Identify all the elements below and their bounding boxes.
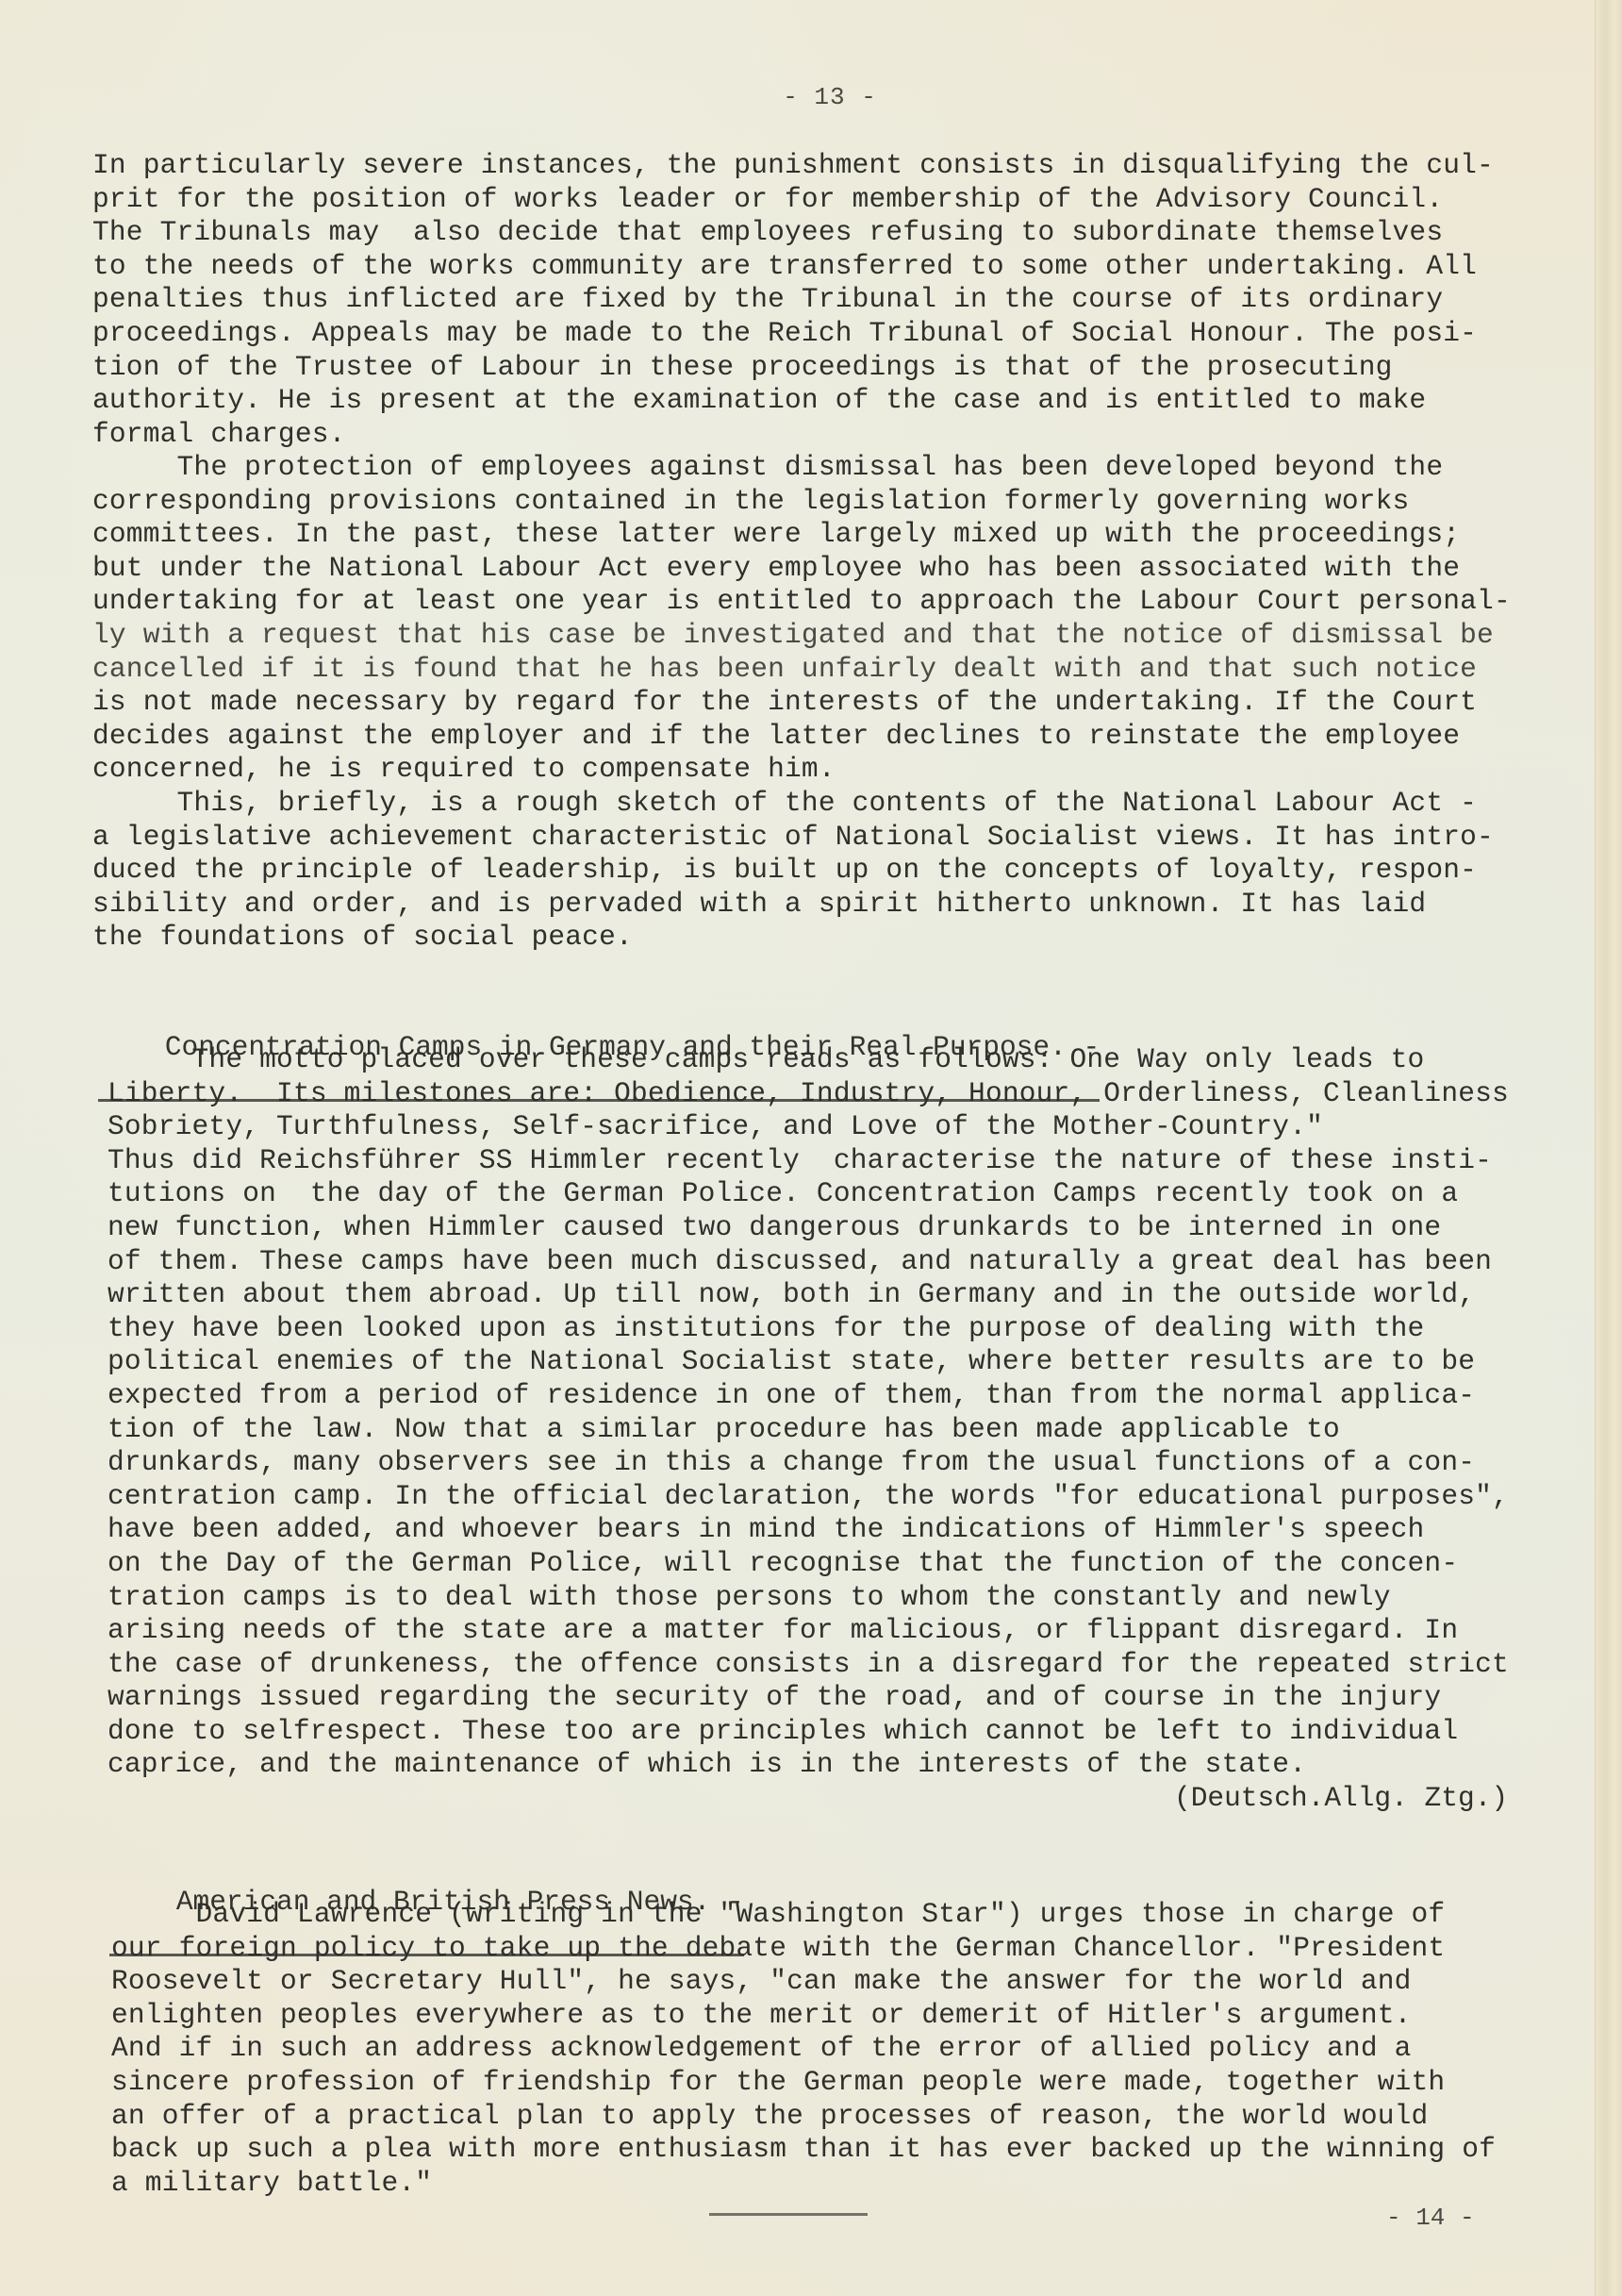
text-line: undertaking for at least one year is ent… bbox=[92, 585, 1601, 619]
text-line: an offer of a practical plan to apply th… bbox=[111, 2100, 1620, 2134]
text-line: on the Day of the German Police, will re… bbox=[108, 1547, 1616, 1581]
text-line: to the needs of the works community are … bbox=[92, 250, 1601, 284]
text-line: And if in such an address acknowledgemen… bbox=[111, 2032, 1620, 2066]
text-line: new function, when Himmler caused two da… bbox=[108, 1211, 1616, 1245]
text-line: arising needs of the state are a matter … bbox=[108, 1614, 1616, 1648]
text-line: is not made necessary by regard for the … bbox=[92, 686, 1601, 720]
text-line: they have been looked upon as institutio… bbox=[108, 1312, 1616, 1346]
text-line: Thus did Reichsführer SS Himmler recentl… bbox=[108, 1144, 1616, 1178]
text-line: The motto placed over these camps reads … bbox=[108, 1043, 1616, 1077]
text-line: sincere profession of friendship for the… bbox=[111, 2066, 1620, 2100]
text-line: committees. In the past, these latter we… bbox=[92, 518, 1601, 552]
text-line: concerned, he is required to compensate … bbox=[92, 753, 1601, 787]
text-line: political enemies of the National Social… bbox=[108, 1345, 1616, 1379]
text-line: our foreign policy to take up the debate… bbox=[111, 1932, 1620, 1966]
text-line: sibility and order, and is pervaded with… bbox=[92, 888, 1601, 922]
text-line: done to selfrespect. These too are princ… bbox=[108, 1715, 1616, 1749]
text-line: Sobriety, Turthfulness, Self-sacrifice, … bbox=[108, 1110, 1616, 1144]
text-line: the foundations of social peace. bbox=[92, 921, 1601, 955]
source-attribution: (Deutsch.Allg. Ztg.) bbox=[1174, 1781, 1508, 1815]
text-line: a legislative achievement characteristic… bbox=[92, 821, 1601, 855]
text-line: expected from a period of residence in o… bbox=[108, 1379, 1616, 1413]
text-line: prit for the position of works leader or… bbox=[92, 183, 1601, 217]
text-line: caprice, and the maintenance of which is… bbox=[108, 1748, 1616, 1782]
text-line: a military battle." bbox=[111, 2167, 1620, 2201]
press-paragraph: David Lawrence (writing in the "Washingt… bbox=[111, 1898, 1620, 2200]
text-line: decides against the employer and if the … bbox=[92, 720, 1601, 754]
camps-paragraph: The motto placed over these camps reads … bbox=[108, 1043, 1616, 1782]
page-number-bottom: - 14 - bbox=[1386, 2204, 1475, 2232]
text-line: ly with a request that his case be inves… bbox=[92, 619, 1601, 653]
page-number-top: - 13 - bbox=[0, 83, 1622, 111]
text-line: enlighten peoples everywhere as to the m… bbox=[111, 1999, 1620, 2033]
text-line: but under the National Labour Act every … bbox=[92, 552, 1601, 586]
text-line: duced the principle of leadership, is bu… bbox=[92, 854, 1601, 888]
text-line: authority. He is present at the examinat… bbox=[92, 384, 1601, 418]
text-line: In particularly severe instances, the pu… bbox=[92, 149, 1601, 183]
labour-paragraph-1: In particularly severe instances, the pu… bbox=[92, 149, 1601, 451]
text-line: formal charges. bbox=[92, 418, 1601, 452]
end-divider bbox=[709, 2213, 868, 2216]
text-line: centration camp. In the official declara… bbox=[108, 1480, 1616, 1514]
text-line: The protection of employees against dism… bbox=[92, 451, 1601, 485]
text-line: tion of the law. Now that a similar proc… bbox=[108, 1413, 1616, 1447]
text-line: David Lawrence (writing in the "Washingt… bbox=[111, 1898, 1620, 1932]
labour-paragraph-2: The protection of employees against dism… bbox=[92, 451, 1601, 787]
text-line: Roosevelt or Secretary Hull", he says, "… bbox=[111, 1965, 1620, 1999]
document-page: - 13 - In particularly severe instances,… bbox=[0, 0, 1622, 2296]
text-line: written about them abroad. Up till now, … bbox=[108, 1278, 1616, 1312]
labour-paragraph-3: This, briefly, is a rough sketch of the … bbox=[92, 787, 1601, 955]
text-line: tration camps is to deal with those pers… bbox=[108, 1581, 1616, 1615]
text-line: cancelled if it is found that he has bee… bbox=[92, 653, 1601, 687]
text-line: proceedings. Appeals may be made to the … bbox=[92, 317, 1601, 351]
text-line: Liberty. Its milestones are: Obedience, … bbox=[108, 1077, 1616, 1111]
text-line: back up such a plea with more enthusiasm… bbox=[111, 2133, 1620, 2167]
text-line: The Tribunals may also decide that emplo… bbox=[92, 216, 1601, 250]
text-line: the case of drunkeness, the offence cons… bbox=[108, 1648, 1616, 1682]
text-line: tutions on the day of the German Police.… bbox=[108, 1177, 1616, 1211]
text-line: drunkards, many observers see in this a … bbox=[108, 1446, 1616, 1480]
text-line: penalties thus inflicted are fixed by th… bbox=[92, 283, 1601, 317]
text-line: of them. These camps have been much disc… bbox=[108, 1245, 1616, 1279]
text-line: have been added, and whoever bears in mi… bbox=[108, 1513, 1616, 1547]
text-line: This, briefly, is a rough sketch of the … bbox=[92, 787, 1601, 821]
text-line: warnings issued regarding the security o… bbox=[108, 1681, 1616, 1715]
text-line: tion of the Trustee of Labour in these p… bbox=[92, 351, 1601, 385]
text-line: corresponding provisions contained in th… bbox=[92, 485, 1601, 519]
